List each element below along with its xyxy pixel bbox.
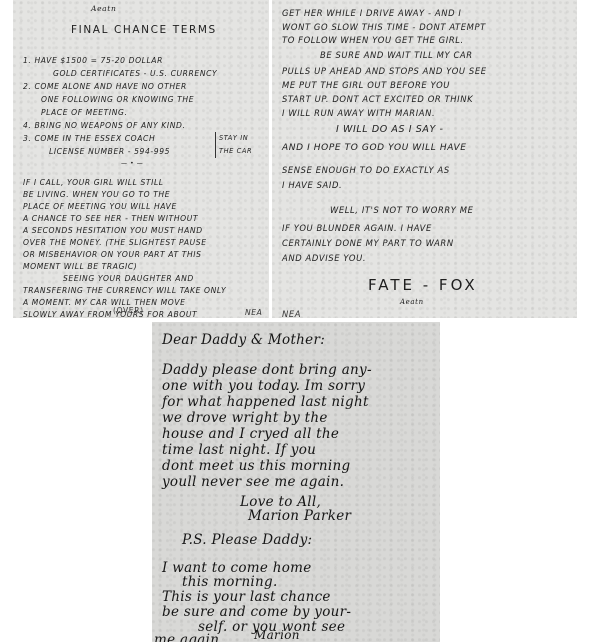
postscript-heading: P.S. Please Daddy: (182, 532, 312, 548)
signature-fate-fox: Fate - Fox (368, 276, 478, 294)
note-line: start up. Dont act excited or think (282, 94, 473, 104)
note-line: sense enough to do exactly as (282, 165, 450, 175)
ransom-note-continuation: Get her while I drive away - and I wont … (272, 0, 577, 318)
sub-signature: Aeatn (400, 298, 424, 306)
aside-divider (215, 132, 216, 158)
letter-line: youll never see me again. (162, 474, 344, 490)
letter-line: dont meet us this morning (162, 458, 350, 474)
letter-line: one with you today. Im sorry (162, 378, 365, 394)
postscript-signature: Marion (254, 628, 300, 642)
body-line: moment will be tragic) (23, 262, 137, 271)
note-line: Get her while I drive away - and I (282, 8, 461, 18)
body-line: over the money. (The slightest pause (23, 238, 207, 247)
note-line: me put the girl out before you (282, 80, 450, 90)
letter-line: Daddy please dont bring any- (162, 362, 372, 378)
body-line: a moment. My car will then move (23, 298, 186, 307)
section-divider: — • — (121, 160, 143, 167)
letter-line: we drove wright by the (162, 410, 328, 426)
body-line: be living. When you go to the (23, 190, 170, 199)
note-line: And I hope to God you will have (282, 143, 467, 153)
letter-line: This is your last chance (162, 589, 331, 605)
term-line: one following or knowing the (41, 95, 194, 104)
note-line: I will run away with Marian. (282, 108, 435, 118)
note-line: wont go slow this time - Dont atempt (282, 22, 486, 32)
letter-line: me again. (154, 632, 224, 642)
term-line: License Number - 594-995 (49, 147, 170, 156)
note-title: Final Chance Terms (71, 24, 217, 36)
term-line: 3. Come in the Essex Coach (23, 134, 155, 143)
body-line: Seeing your daughter and (63, 274, 194, 283)
term-line: place of meeting. (41, 108, 127, 117)
letter-line: this morning. (182, 574, 278, 590)
salutation: Dear Daddy & Mother: (162, 332, 325, 348)
term-aside: the car (219, 147, 252, 155)
note-line: I will do as I say - (336, 124, 444, 135)
letter-line: time last night. If you (162, 442, 316, 458)
body-line: slowly away from yours for about (23, 310, 197, 318)
body-line: a seconds hesitation you must hand (23, 226, 203, 235)
photo-credit: NEA (245, 308, 262, 317)
handwritten-letter-marion: Dear Daddy & Mother: Daddy please dont b… (152, 322, 440, 642)
note-line: to follow when you get the girl. (282, 35, 464, 45)
body-line: a chance to see her - then without (23, 214, 198, 223)
note-line: Well, it's not to worry me (330, 205, 474, 215)
letter-line: for what happened last night (162, 394, 369, 410)
ransom-note-final-chance-terms: Aeatn Final Chance Terms 1. Have $1500 =… (13, 0, 269, 318)
letter-line: be sure and come by your- (162, 604, 351, 620)
body-line: transfering the currency will take only (23, 286, 226, 295)
note-line: and advise you. (282, 253, 366, 263)
term-line: Gold Certificates - U.S. Currency (53, 69, 217, 78)
term-aside: Stay in (219, 134, 248, 142)
term-line: 4. Bring no weapons of any kind. (23, 121, 185, 130)
body-line: If I call, your girl will still (23, 178, 164, 187)
body-line: or misbehavior on your part at this (23, 250, 202, 259)
heading-signature: Aeatn (91, 4, 116, 13)
note-line: if you blunder again. I have (282, 223, 432, 233)
signature-name: Marion Parker (248, 508, 351, 524)
term-line: 2. Come alone and have no other (23, 82, 187, 91)
note-line: certainly done my part to warn (282, 238, 454, 248)
photo-credit: NEA (282, 309, 301, 318)
body-line: place of meeting you will have (23, 202, 177, 211)
note-line: pulls up ahead and stops and you see (282, 66, 487, 76)
note-line: Be sure and wait till my car (320, 50, 473, 60)
over-note: (over) (113, 306, 144, 315)
letter-line: house and I cryed all the (162, 426, 339, 442)
note-line: I have said. (282, 180, 342, 190)
term-line: 1. Have $1500 = 75-20 Dollar (23, 56, 163, 65)
